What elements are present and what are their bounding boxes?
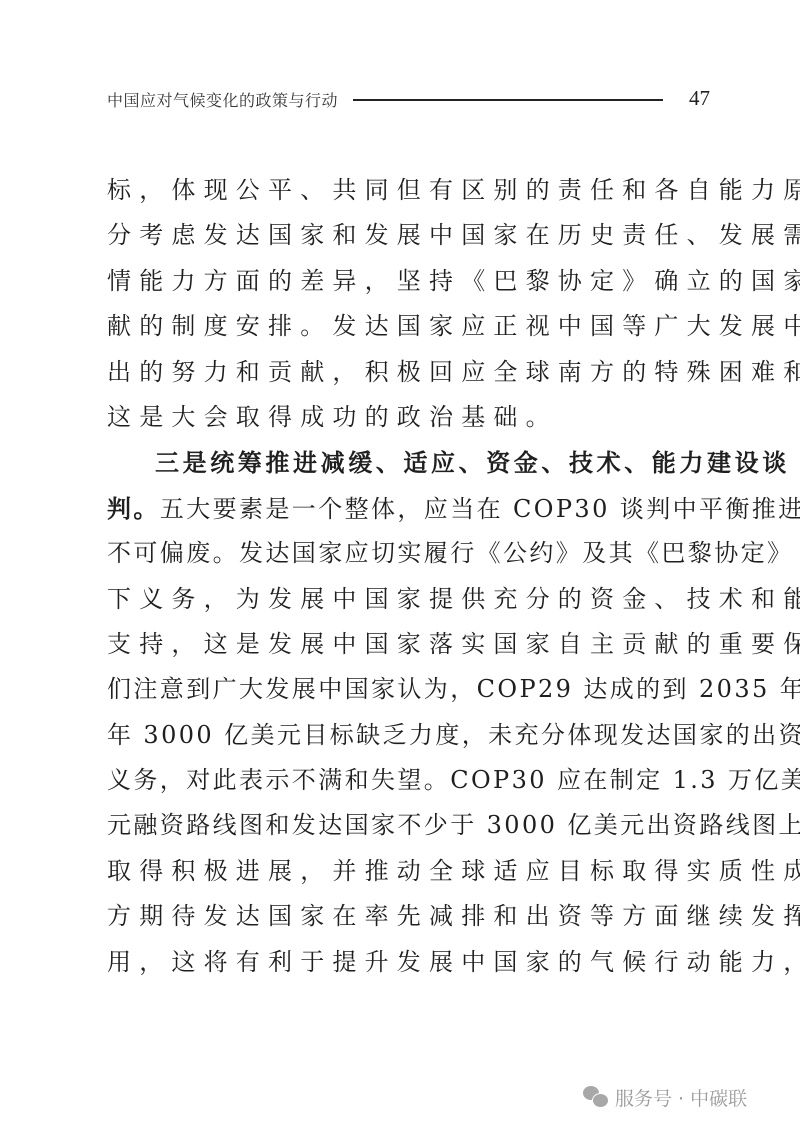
running-header: 中国应对气候变化的政策与行动 47 <box>107 86 710 114</box>
text-line: 年 3000 亿美元目标缺乏力度，未充分体现发达国家的出资 <box>107 713 697 758</box>
text-line: 元融资路线图和发达国家不少于 3000 亿美元出资路线图上 <box>107 803 697 848</box>
watermark-text: 服务号 · 中碳联 <box>615 1084 747 1111</box>
text-line: 标，体现公平、共同但有区别的责任和各自能力原则，充 <box>107 168 697 213</box>
text-line-rest: 五大要素是一个整体，应当在 COP30 谈判中平衡推进、 <box>160 495 800 523</box>
text-line: 用，这将有利于提升发展中国家的气候行动能力，增进发 <box>107 940 697 985</box>
text-line: 支持，这是发展中国家落实国家自主贡献的重要保障。我 <box>107 622 697 667</box>
paragraph-heading-end: 判。 <box>107 494 160 523</box>
text-line: 这是大会取得成功的政治基础。 <box>107 395 697 440</box>
text-line: 献的制度安排。发达国家应正视中国等广大发展中国家做 <box>107 304 697 349</box>
header-title: 中国应对气候变化的政策与行动 <box>107 88 338 111</box>
text-line: 取得积极进展，并推动全球适应目标取得实质性成果。中 <box>107 849 697 894</box>
text-line: 方期待发达国家在率先减排和出资等方面继续发挥带头作 <box>107 894 697 939</box>
wechat-icon <box>583 1086 609 1108</box>
text-line: 情能力方面的差异，坚持《巴黎协定》确立的国家自主贡 <box>107 259 697 304</box>
watermark: 服务号 · 中碳联 <box>583 1082 747 1112</box>
text-line: 分考虑发达国家和发展中国家在历史责任、发展需求和国 <box>107 213 697 258</box>
text-line: 们注意到广大发展中国家认为，COP29 达成的到 2035 年每 <box>107 667 697 712</box>
text-line: 判。五大要素是一个整体，应当在 COP30 谈判中平衡推进、 <box>107 486 697 531</box>
text-line: 义务，对此表示不满和失望。COP30 应在制定 1.3 万亿美 <box>107 758 697 803</box>
text-line: 出的努力和贡献，积极回应全球南方的特殊困难和关切， <box>107 350 697 395</box>
body-text: 标，体现公平、共同但有区别的责任和各自能力原则，充 分考虑发达国家和发展中国家在… <box>107 168 697 985</box>
text-line: 下义务，为发展中国家提供充分的资金、技术和能力建设 <box>107 577 697 622</box>
paragraph-heading: 三是统筹推进减缓、适应、资金、技术、能力建设谈 <box>107 440 697 485</box>
header-rule <box>353 99 663 101</box>
page-number: 47 <box>689 86 710 111</box>
text-line: 不可偏废。发达国家应切实履行《公约》及其《巴黎协定》 <box>107 531 697 576</box>
